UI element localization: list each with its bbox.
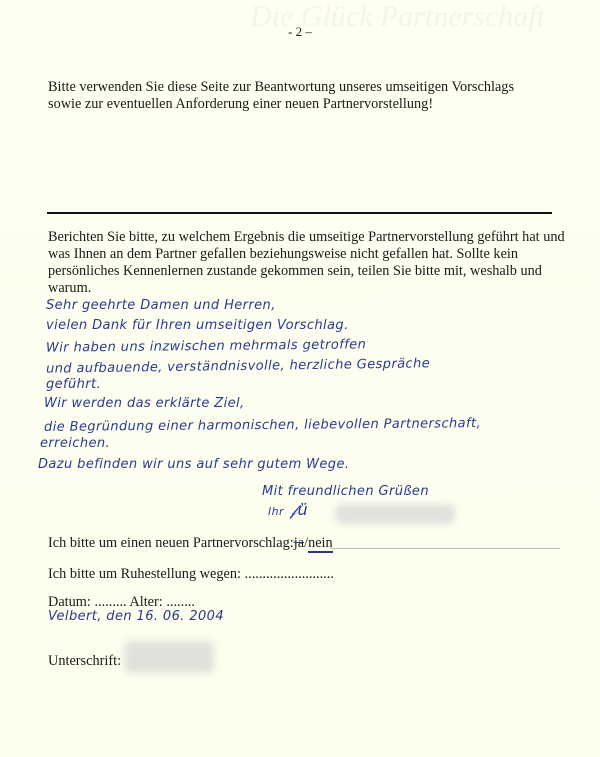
handwritten-line: Sehr geehrte Damen und Herren, bbox=[46, 298, 276, 313]
signature-scribble: 𝒻ü bbox=[290, 500, 308, 520]
redacted-signature bbox=[124, 641, 214, 673]
handwritten-line: und aufbauende, verständnisvolle, herzli… bbox=[46, 356, 430, 376]
handwritten-line: Wir werden das erklärte Ziel, bbox=[44, 396, 245, 411]
rest-request-field: Ich bitte um Ruhestellung wegen: .......… bbox=[48, 566, 334, 583]
handwritten-line: erreichen. bbox=[40, 436, 110, 451]
divider-rule bbox=[47, 212, 552, 214]
new-proposal-label: Ich bitte um einen neuen Partnervorschla… bbox=[48, 535, 294, 551]
handwritten-line: die Begründung einer harmonischen, liebe… bbox=[44, 416, 481, 435]
handwritten-line: vielen Dank für Ihren umseitigen Vorschl… bbox=[46, 318, 349, 333]
question-line-4: warum. bbox=[48, 280, 91, 297]
handwritten-line: geführt. bbox=[46, 377, 101, 392]
question-line-3: persönliches Kennenlernen zustande gekom… bbox=[48, 263, 542, 280]
handwritten-line: Wir haben uns inzwischen mehrmals getrof… bbox=[46, 337, 366, 355]
handwritten-line: Dazu befinden wir uns auf sehr gutem Weg… bbox=[38, 457, 349, 472]
signature-label: Unterschrift: bbox=[48, 653, 121, 670]
document-page: Die Glück Partnerschaft - 2 – Bitte verw… bbox=[0, 0, 600, 757]
page-number: - 2 – bbox=[0, 24, 600, 40]
option-nein[interactable]: nein bbox=[308, 535, 333, 553]
question-line-1: Berichten Sie bitte, zu welchem Ergebnis… bbox=[48, 229, 565, 246]
intro-line-1: Bitte verwenden Sie diese Seite zur Bean… bbox=[48, 79, 514, 96]
new-proposal-field: Ich bitte um einen neuen Partnervorschla… bbox=[48, 535, 333, 552]
redacted-name bbox=[335, 504, 455, 524]
closing-greeting: Mit freundlichen Grüßen bbox=[262, 484, 429, 499]
date-handwritten: Velbert, den 16. 06. 2004 bbox=[48, 609, 224, 624]
intro-line-2: sowie zur eventuellen Anforderung einer … bbox=[48, 96, 433, 113]
new-proposal-underline bbox=[330, 548, 560, 549]
option-ja[interactable]: ja bbox=[294, 535, 304, 551]
question-line-2: was Ihnen an dem Partner gefallen bezieh… bbox=[48, 246, 518, 263]
closing-ihr: Ihr bbox=[268, 505, 284, 518]
